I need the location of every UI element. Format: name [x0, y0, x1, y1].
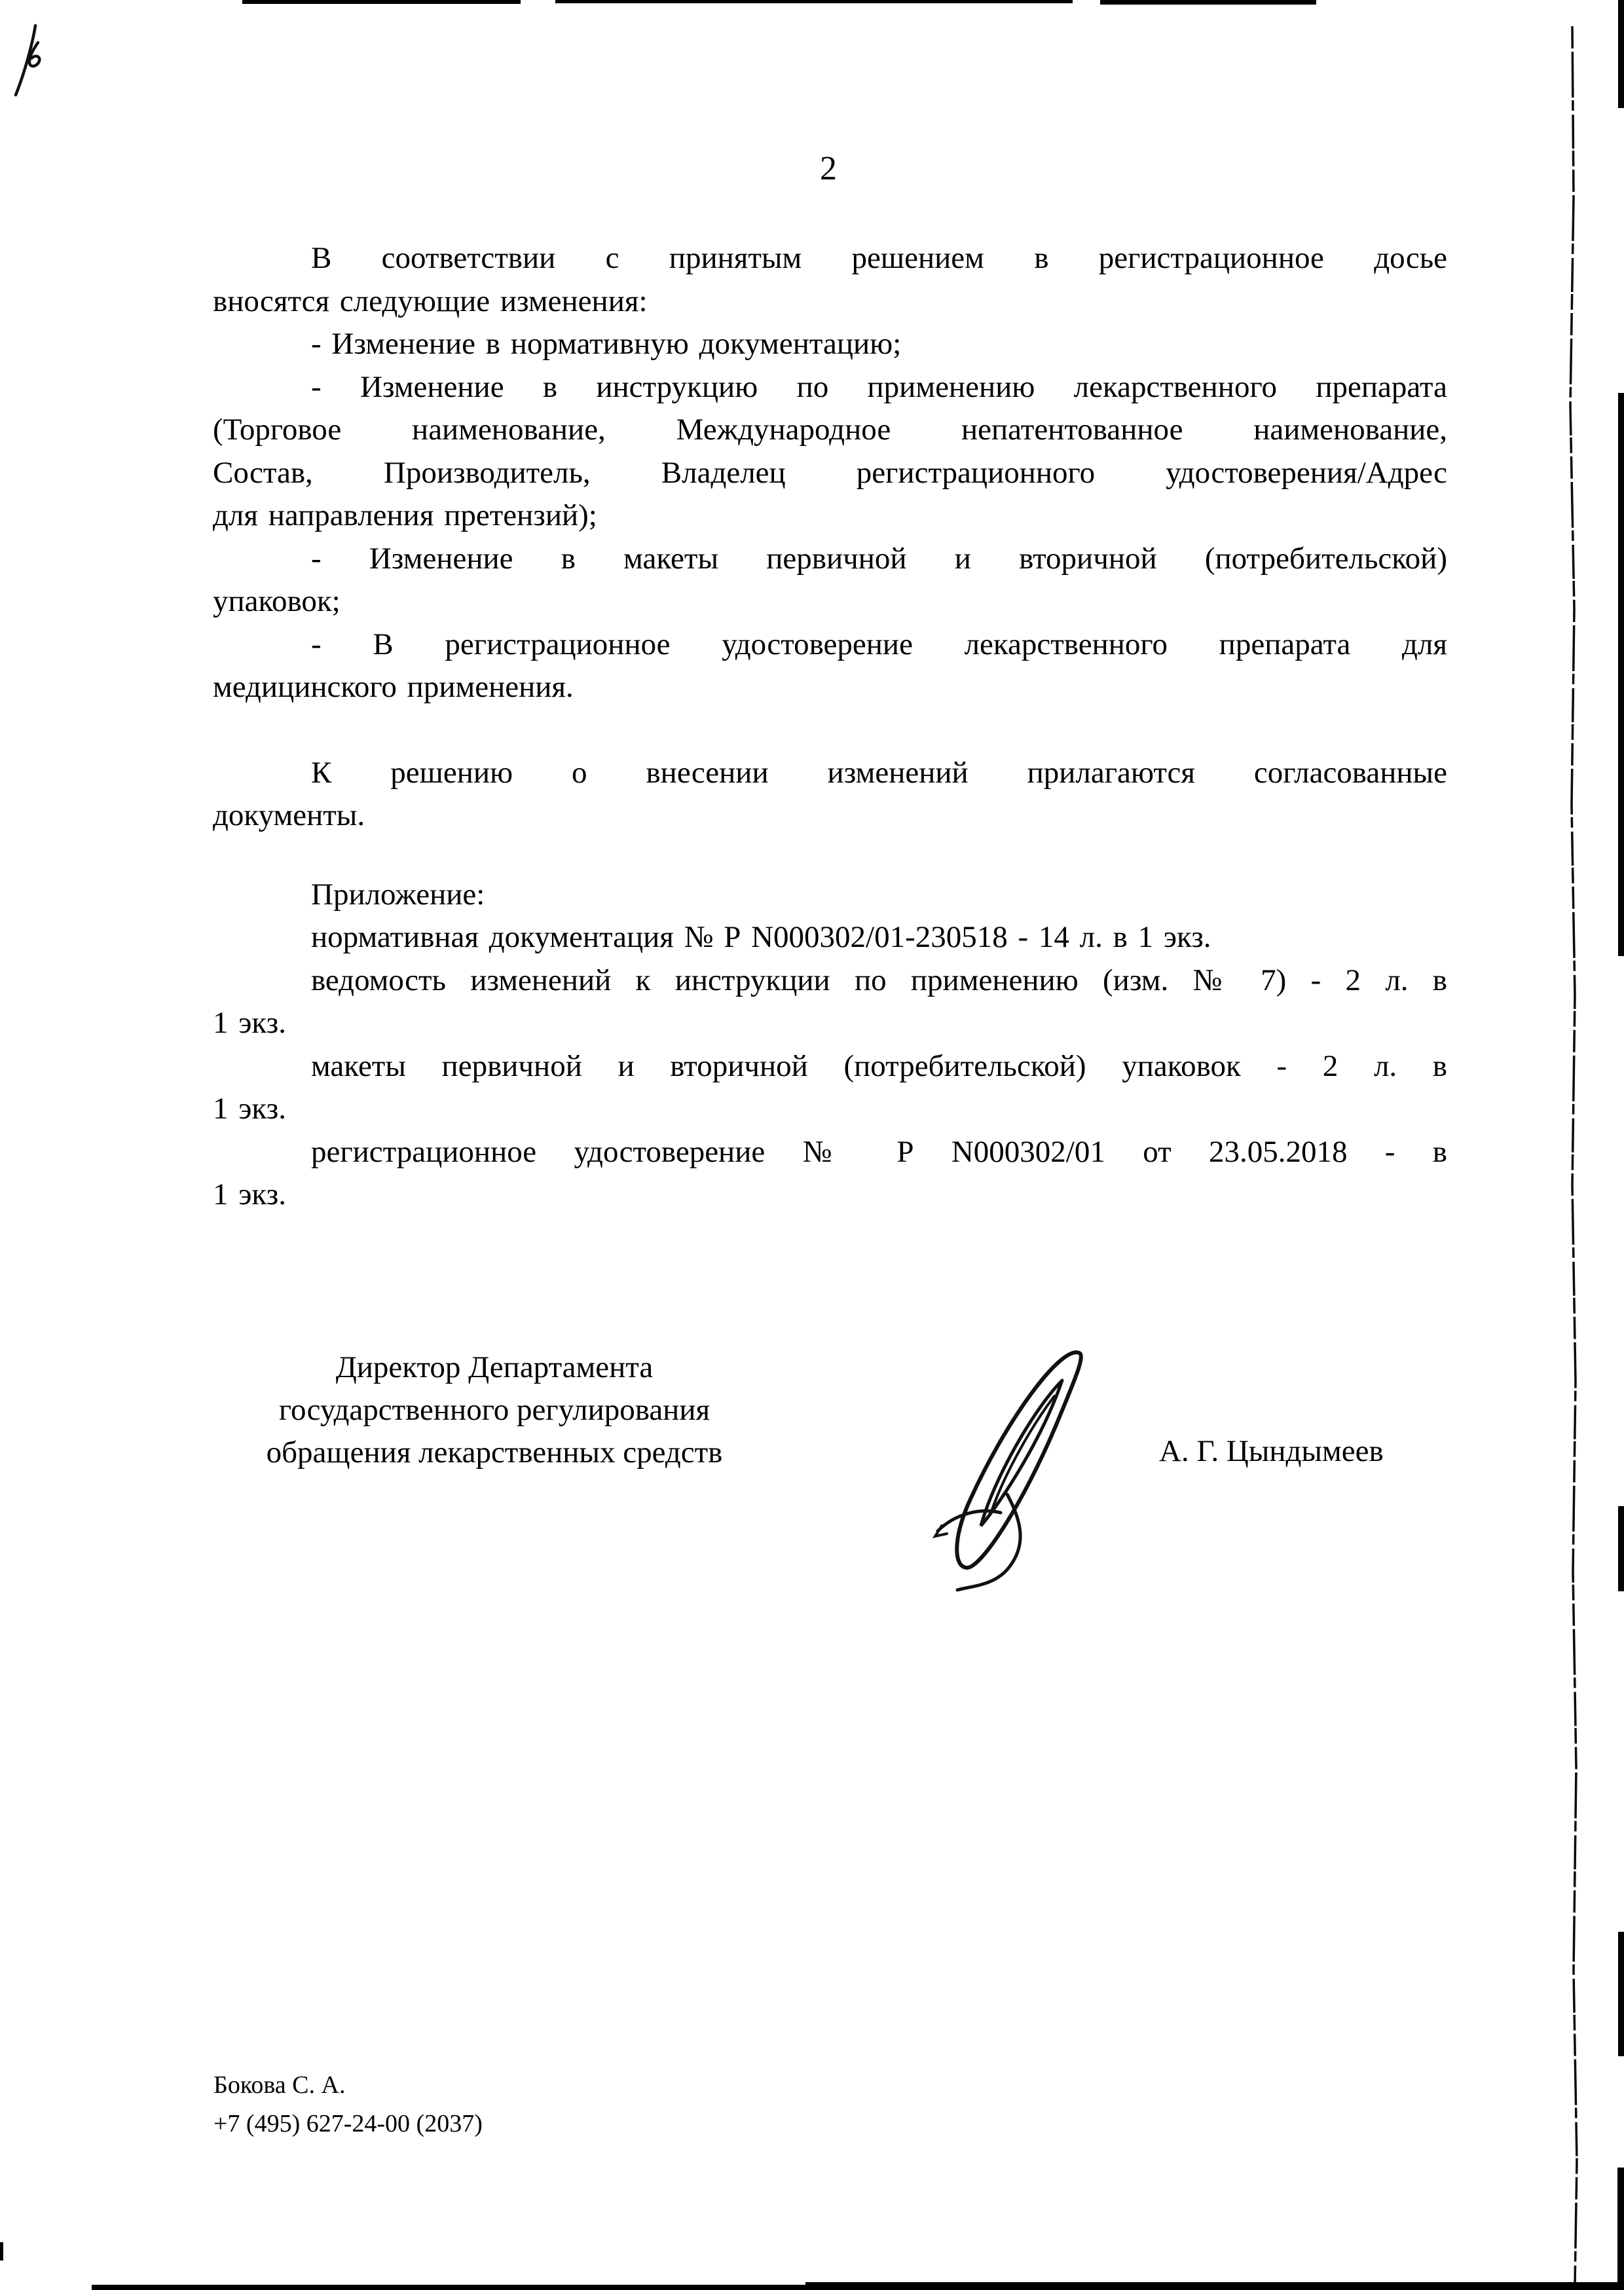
- signatory-name: А. Г. Цындымеев: [1159, 1433, 1384, 1469]
- body-line: Приложение:: [213, 874, 1447, 917]
- executor-name: Бокова С. А.: [213, 2066, 483, 2105]
- scan-artifact-bottom-bar: [805, 2282, 1624, 2290]
- page-number: 2: [0, 152, 1624, 186]
- signatory-title-line: обращения лекарственных средств: [216, 1431, 773, 1474]
- body-line: макеты первичной и вторичной (потребител…: [213, 1045, 1447, 1088]
- body-line: В соответствии с принятым решением в рег…: [213, 237, 1447, 280]
- scanned-document-page: 2 В соответствии с принятым решением в р…: [0, 0, 1624, 2290]
- body-line: вносятся следующие изменения:: [213, 280, 1447, 323]
- scan-artifact-right-edge: [1618, 393, 1624, 956]
- body-line: 1 экз.: [213, 1088, 1447, 1131]
- body-line: медицинского применения.: [213, 666, 1447, 709]
- scan-artifact-right-edge: [1618, 1932, 1624, 2056]
- body-line: - Изменение в макеты первичной и вторичн…: [213, 538, 1447, 581]
- scan-artifact-right-edge: [1618, 0, 1624, 108]
- body-line: - Изменение в инструкцию по применению л…: [213, 366, 1447, 409]
- body-line: регистрационное удостоверение № Р N00030…: [213, 1131, 1447, 1174]
- document-footer: Бокова С. А. +7 (495) 627-24-00 (2037): [213, 2066, 483, 2143]
- body-line: - В регистрационное удостоверение лекарс…: [213, 623, 1447, 667]
- body-line: для направления претензий);: [213, 494, 1447, 538]
- body-line: ведомость изменений к инструкции по прим…: [213, 959, 1447, 1003]
- body-line: 1 экз.: [213, 1002, 1447, 1045]
- scan-artifact-right-edge: [1617, 2168, 1624, 2290]
- signature-scribble: [923, 1329, 1107, 1598]
- body-line: К решению о внесении изменений прилагают…: [213, 752, 1447, 795]
- signatory-title: Директор Департаментагосударственного ре…: [216, 1346, 773, 1474]
- scan-artifact-left-edge: [0, 2242, 3, 2261]
- handwritten-page-mark: [7, 16, 65, 105]
- body-line: 1 экз.: [213, 1173, 1447, 1217]
- body-line: (Торговое наименование, Международное не…: [213, 409, 1447, 452]
- signatory-title-line: государственного регулирования: [216, 1389, 773, 1431]
- body-line: упаковок;: [213, 580, 1447, 623]
- body-line: - Изменение в нормативную документацию;: [213, 323, 1447, 366]
- document-body: В соответствии с принятым решением в рег…: [213, 237, 1447, 1217]
- body-line: нормативная документация № Р N000302/01-…: [213, 916, 1447, 959]
- executor-phone: +7 (495) 627-24-00 (2037): [213, 2105, 483, 2143]
- scan-artifact-right-edge: [1618, 1506, 1624, 1591]
- body-line: документы.: [213, 794, 1447, 838]
- body-line: Состав, Производитель, Владелец регистра…: [213, 452, 1447, 495]
- signatory-title-line: Директор Департамента: [216, 1346, 773, 1389]
